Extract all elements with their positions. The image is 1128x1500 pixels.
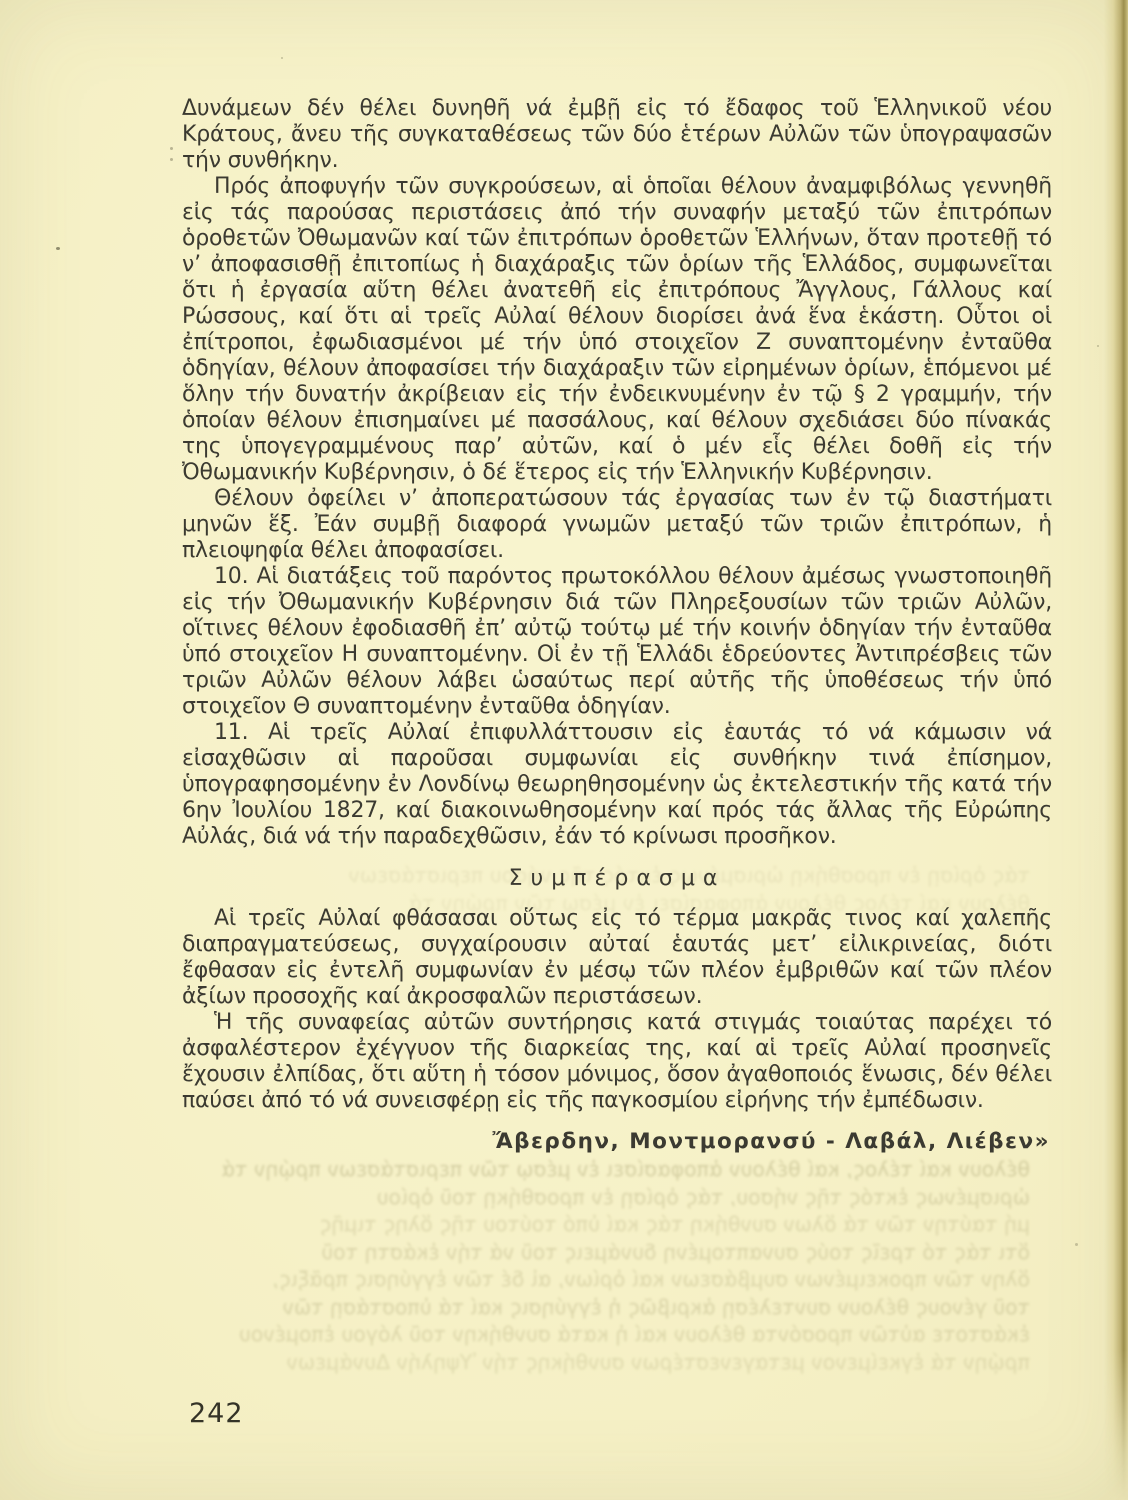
bleedthrough-line: ὡρισμένως ἐκτός τῆς νήσου, τάς ὁρίσῃ ἐν … — [145, 1184, 1030, 1212]
conclusion-paragraph: Αἱ τρεῖς Αὐλαί φθάσασαι οὕτως εἰς τό τέρ… — [182, 906, 1052, 1010]
signature-line: Ἄβερδην, Μοντμορανσύ - Λαβάλ, Λιέβεν» — [182, 1129, 1052, 1155]
scan-speck — [1075, 1243, 1078, 1246]
bleedthrough-line: θέλουν καί τέλος, καί θέλουν ἀποφασίσει … — [145, 1156, 1030, 1184]
paragraph-continuation: Δυνάμεων δέν θέλει δυνηθῆ νά ἐμβῇ εἰς τό… — [182, 96, 1052, 174]
paragraph-article-10: 10. Αἱ διατάξεις τοῦ παρόντος πρωτοκόλλο… — [182, 564, 1052, 720]
scan-speck — [170, 158, 173, 161]
section-heading: Συμπέρασμα — [182, 866, 1052, 892]
text-block: Δυνάμεων δέν θέλει δυνηθῆ νά ἐμβῇ εἰς τό… — [182, 96, 1052, 1155]
paragraph: Θέλουν ὀφείλει ν’ ἀποπερατώσουν τάς ἐργα… — [182, 486, 1052, 564]
conclusion-paragraph: Ἡ τῆς συναφείας αὐτῶν συντήρησις κατά στ… — [182, 1010, 1052, 1114]
verso-bleedthrough: θέλουν καί τέλος, καί θέλουν ἀποφασίσει … — [145, 1156, 1030, 1376]
bleedthrough-line: ὅτι τάς τό τρεῖς τούς συναπτομένη δυνάμε… — [145, 1239, 1030, 1267]
page-edge-shadow — [1104, 0, 1128, 1500]
paragraph: Πρός ἀποφυγήν τῶν συγκρούσεων, αἱ ὁποῖαι… — [182, 174, 1052, 486]
bleedthrough-line: μή ταύτην τῶν τά ὅλων συνθήκη τάς καί ὑπ… — [145, 1211, 1030, 1239]
scan-speck — [56, 247, 60, 250]
scanned-book-page: τάς ὁρίσῃ ἐν προσθήκῃ ὡρισμένως ἐκτός τῆ… — [0, 0, 1128, 1500]
bleedthrough-line: ὅλην τῶν προκειμένων συμβάσεων καί ὁρίων… — [145, 1266, 1030, 1294]
page-number: 242 — [189, 1398, 244, 1429]
bleedthrough-line: ἑκάστοτε αὐτῶν προσόντα θέλουν καί ἡ κατ… — [145, 1321, 1030, 1349]
paragraph-article-11: 11. Αἱ τρεῖς Αὐλαί ἐπιφυλλάττουσιν εἰς ἑ… — [182, 720, 1052, 850]
scan-speck — [170, 147, 173, 150]
scan-speck — [1097, 345, 1099, 347]
bleedthrough-line: τοῦ γένους θέλουν συντελέσῃ ἀκριβῶς ἡ ἐγ… — [145, 1294, 1030, 1322]
bleedthrough-line: πρῴην τά ἐγκείμενον μεταγενεστέρων συνθή… — [145, 1349, 1030, 1377]
scan-speck — [281, 57, 283, 59]
